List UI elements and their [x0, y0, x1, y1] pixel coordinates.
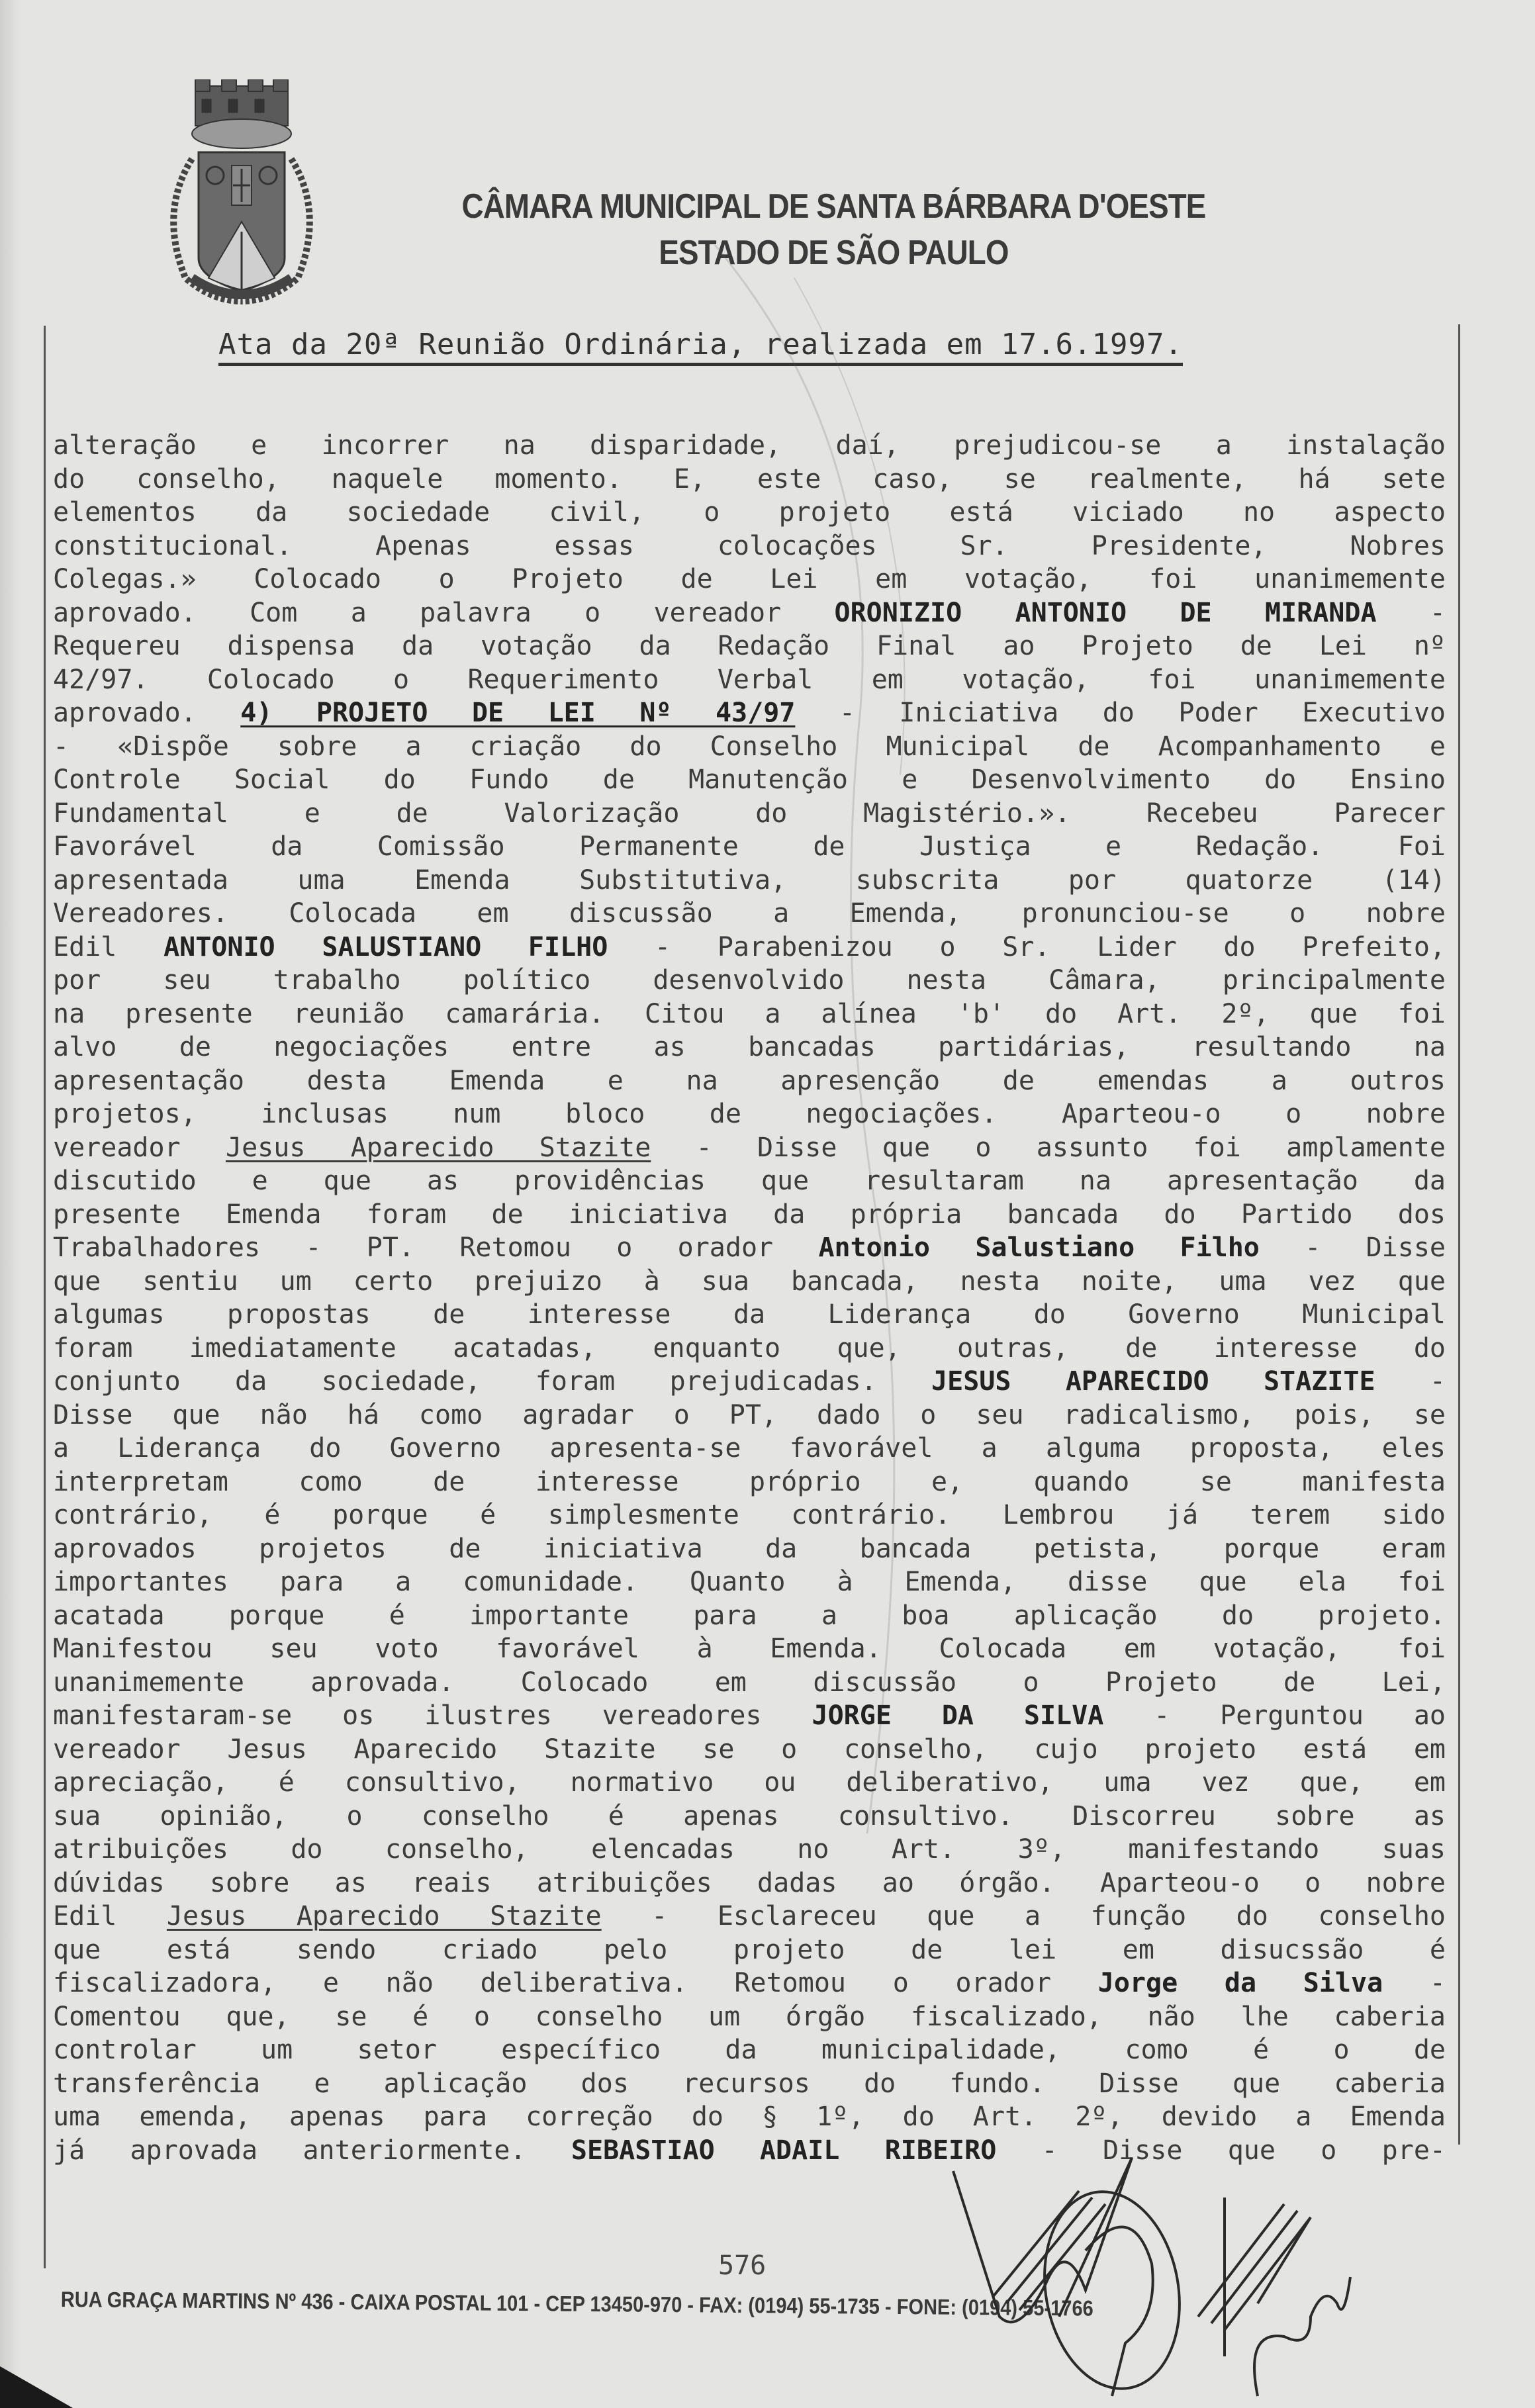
text-segment: Requereu dispensa da votação da Redação …: [53, 631, 1446, 661]
text-segment: discutido e que as providências que resu…: [53, 1166, 1446, 1196]
organization-name: CÂMARA MUNICIPAL DE SANTA BÁRBARA D'OEST…: [158, 187, 1509, 226]
text-line: unanimemente aprovada. Colocado em discu…: [53, 1666, 1446, 1700]
text-segment: atribuições do conselho, elencadas no Ar…: [53, 1834, 1446, 1865]
text-segment: Fundamental e de Valorização do Magistér…: [53, 798, 1446, 829]
text-segment: fiscalizadora, e não deliberativa. Retom…: [53, 1968, 1098, 1998]
text-line: - «Dispõe sobre a criação do Conselho Mu…: [53, 730, 1446, 764]
text-segment: conjunto da sociedade, foram prejudicada…: [53, 1366, 931, 1397]
text-segment: - Disse: [1260, 1232, 1446, 1263]
text-segment: -: [1383, 1968, 1446, 1998]
text-segment: constitucional. Apenas essas colocações …: [53, 531, 1446, 561]
text-line: atribuições do conselho, elencadas no Ar…: [53, 1833, 1446, 1867]
text-line: apresentação desta Emenda e na apresençã…: [53, 1064, 1446, 1098]
text-segment: - Parabenizou o Sr. Lider do Prefeito,: [608, 932, 1446, 962]
text-line: controlar um setor específico da municip…: [53, 2033, 1446, 2067]
text-line: Requereu dispensa da votação da Redação …: [53, 629, 1446, 663]
text-segment: aprovado. Com a palavra o vereador: [53, 598, 835, 628]
text-segment: - Esclareceu que a função do conselho: [602, 1901, 1446, 1931]
text-segment: Comentou que, se é o conselho um órgão f…: [53, 2002, 1446, 2032]
text-segment: controlar um setor específico da municip…: [53, 2035, 1446, 2065]
text-segment: - Iniciativa do Poder Executivo: [795, 698, 1446, 728]
text-segment: que está sendo criado pelo projeto de le…: [53, 1935, 1446, 1965]
text-line: importantes para a comunidade. Quanto à …: [53, 1565, 1446, 1599]
text-segment: Edil: [53, 932, 163, 962]
text-segment: Colegas.» Colocado o Projeto de Lei em v…: [53, 564, 1446, 594]
text-segment: importantes para a comunidade. Quanto à …: [53, 1567, 1446, 1597]
speaker-name: Jorge da Silva: [1098, 1968, 1383, 1998]
text-segment: vereador Jesus Aparecido Stazite se o co…: [53, 1734, 1446, 1765]
text-segment: - «Dispõe sobre a criação do Conselho Mu…: [53, 731, 1446, 762]
text-line: Trabalhadores - PT. Retomou o orador Ant…: [53, 1231, 1446, 1265]
text-segment: que sentiu um certo prejuizo à sua banca…: [53, 1266, 1446, 1297]
speaker-name: Antonio Salustiano Filho: [818, 1232, 1259, 1263]
text-line: Favorável da Comissão Permanente de Just…: [53, 830, 1446, 864]
text-line: a Liderança do Governo apresenta-se favo…: [53, 1432, 1446, 1465]
text-line: Vereadores. Colocada em discussão a Emen…: [53, 897, 1446, 931]
text-line: dúvidas sobre as reais atribuições dadas…: [53, 1867, 1446, 1900]
text-segment: interpretam como de interesse próprio e,…: [53, 1467, 1446, 1497]
speaker-name: ANTONIO SALUSTIANO FILHO: [163, 932, 608, 962]
text-segment: alvo de negociações entre as bancadas pa…: [53, 1032, 1446, 1062]
text-segment: Edil: [53, 1901, 167, 1931]
frame-border-right: [1458, 324, 1460, 2145]
handwritten-signatures-icon: [913, 2118, 1535, 2408]
text-segment: contrário, é porque é simplesmente contr…: [53, 1500, 1446, 1530]
text-line: acatada porque é importante para a boa a…: [53, 1599, 1446, 1633]
text-line: aprovados projetos de iniciativa da banc…: [53, 1532, 1446, 1566]
text-segment: dúvidas sobre as reais atribuições dadas…: [53, 1868, 1446, 1898]
text-line: contrário, é porque é simplesmente contr…: [53, 1499, 1446, 1532]
text-segment: acatada porque é importante para a boa a…: [53, 1600, 1446, 1631]
text-segment: Vereadores. Colocada em discussão a Emen…: [53, 898, 1446, 929]
page-number: 576: [718, 2250, 766, 2281]
text-line: manifestaram-se os ilustres vereadores J…: [53, 1699, 1446, 1733]
text-line: aprovado. 4) PROJETO DE LEI Nº 43/97 - I…: [53, 696, 1446, 730]
text-segment: já aprovada anteriormente.: [53, 2135, 571, 2166]
text-segment: presente Emenda foram de iniciativa da p…: [53, 1199, 1446, 1230]
text-segment: 42/97. Colocado o Requerimento Verbal em…: [53, 665, 1446, 695]
text-line: aprovado. Com a palavra o vereador ORONI…: [53, 596, 1446, 630]
text-line: Controle Social do Fundo de Manutenção e…: [53, 763, 1446, 797]
underlined-name: Jesus Aparecido Stazite: [167, 1901, 602, 1931]
text-segment: Controle Social do Fundo de Manutenção e…: [53, 764, 1446, 795]
text-segment: vereador: [53, 1133, 226, 1163]
text-segment: do conselho, naquele momento. E, este ca…: [53, 464, 1446, 494]
text-segment: aprovados projetos de iniciativa da banc…: [53, 1534, 1446, 1564]
text-segment: apresentada uma Emenda Substitutiva, sub…: [53, 865, 1446, 896]
speaker-name: JESUS APARECIDO STAZITE: [931, 1366, 1375, 1397]
agenda-item-heading: 4) PROJETO DE LEI Nº 43/97: [240, 698, 795, 728]
text-line: sua opinião, o conselho é apenas consult…: [53, 1800, 1446, 1833]
text-segment: Manifestou seu voto favorável à Emenda. …: [53, 1634, 1446, 1664]
text-line: Disse que não há como agradar o PT, dado…: [53, 1399, 1446, 1432]
text-line: projetos, inclusas num bloco de negociaç…: [53, 1097, 1446, 1131]
text-segment: Favorável da Comissão Permanente de Just…: [53, 831, 1446, 862]
speaker-name: ORONIZIO ANTONIO DE MIRANDA: [835, 598, 1377, 628]
text-line: que sentiu um certo prejuizo à sua banca…: [53, 1265, 1446, 1299]
text-line: que está sendo criado pelo projeto de le…: [53, 1933, 1446, 1967]
text-line: Fundamental e de Valorização do Magistér…: [53, 797, 1446, 831]
text-line: transferência e aplicação dos recursos d…: [53, 2067, 1446, 2101]
speaker-name: JORGE DA SILVA: [812, 1700, 1104, 1731]
text-line: na presente reunião camarária. Citou a a…: [53, 997, 1446, 1031]
underlined-name: Jesus Aparecido Stazite: [226, 1133, 651, 1163]
text-segment: na presente reunião camarária. Citou a a…: [53, 999, 1446, 1029]
text-line: interpretam como de interesse próprio e,…: [53, 1465, 1446, 1499]
text-segment: a Liderança do Governo apresenta-se favo…: [53, 1433, 1446, 1463]
text-segment: - Disse que o assunto foi amplamente: [651, 1133, 1446, 1163]
text-segment: -: [1377, 598, 1446, 628]
text-segment: apreciação, é consultivo, normativo ou d…: [53, 1767, 1446, 1798]
text-line: Comentou que, se é o conselho um órgão f…: [53, 2000, 1446, 2034]
page-edge-shadow: [0, 0, 20, 2408]
text-segment: unanimemente aprovada. Colocado em discu…: [53, 1667, 1446, 1698]
text-line: Manifestou seu voto favorável à Emenda. …: [53, 1632, 1446, 1666]
text-line: apreciação, é consultivo, normativo ou d…: [53, 1766, 1446, 1800]
text-segment: transferência e aplicação dos recursos d…: [53, 2068, 1446, 2099]
text-line: Edil Jesus Aparecido Stazite - Esclarece…: [53, 1900, 1446, 1933]
text-line: do conselho, naquele momento. E, este ca…: [53, 463, 1446, 496]
text-line: apresentada uma Emenda Substitutiva, sub…: [53, 864, 1446, 898]
text-line: alteração e incorrer na disparidade, daí…: [53, 429, 1446, 463]
scan-corner-shadow: [0, 2366, 73, 2408]
text-segment: apresentação desta Emenda e na apresençã…: [53, 1066, 1446, 1096]
text-line: discutido e que as providências que resu…: [53, 1164, 1446, 1198]
text-line: fiscalizadora, e não deliberativa. Retom…: [53, 1967, 1446, 2000]
text-segment: projetos, inclusas num bloco de negociaç…: [53, 1099, 1446, 1129]
text-line: Colegas.» Colocado o Projeto de Lei em v…: [53, 563, 1446, 596]
text-segment: por seu trabalho político desenvolvido n…: [53, 965, 1446, 996]
text-segment: -: [1375, 1366, 1446, 1397]
text-line: vereador Jesus Aparecido Stazite - Disse…: [53, 1131, 1446, 1165]
text-line: por seu trabalho político desenvolvido n…: [53, 964, 1446, 997]
text-line: presente Emenda foram de iniciativa da p…: [53, 1198, 1446, 1232]
minutes-body: alteração e incorrer na disparidade, daí…: [53, 429, 1446, 2167]
text-line: conjunto da sociedade, foram prejudicada…: [53, 1365, 1446, 1399]
text-line: vereador Jesus Aparecido Stazite se o co…: [53, 1733, 1446, 1767]
text-segment: sua opinião, o conselho é apenas consult…: [53, 1801, 1446, 1831]
text-segment: algumas propostas de interesse da Lidera…: [53, 1299, 1446, 1330]
text-line: algumas propostas de interesse da Lidera…: [53, 1298, 1446, 1332]
text-segment: aprovado.: [53, 698, 240, 728]
text-line: foram imediatamente acatadas, enquanto q…: [53, 1332, 1446, 1366]
text-line: 42/97. Colocado o Requerimento Verbal em…: [53, 663, 1446, 697]
text-segment: alteração e incorrer na disparidade, daí…: [53, 430, 1446, 461]
text-segment: Trabalhadores - PT. Retomou o orador: [53, 1232, 818, 1263]
text-segment: Disse que não há como agradar o PT, dado…: [53, 1400, 1446, 1430]
text-line: alvo de negociações entre as bancadas pa…: [53, 1031, 1446, 1064]
text-segment: manifestaram-se os ilustres vereadores: [53, 1700, 812, 1731]
text-segment: elementos da sociedade civil, o projeto …: [53, 497, 1446, 528]
frame-border-left: [44, 326, 46, 2268]
text-line: Edil ANTONIO SALUSTIANO FILHO - Parabeni…: [53, 931, 1446, 964]
text-line: constitucional. Apenas essas colocações …: [53, 530, 1446, 563]
text-segment: - Perguntou ao: [1103, 1700, 1446, 1731]
text-line: elementos da sociedade civil, o projeto …: [53, 496, 1446, 530]
text-segment: foram imediatamente acatadas, enquanto q…: [53, 1333, 1446, 1364]
